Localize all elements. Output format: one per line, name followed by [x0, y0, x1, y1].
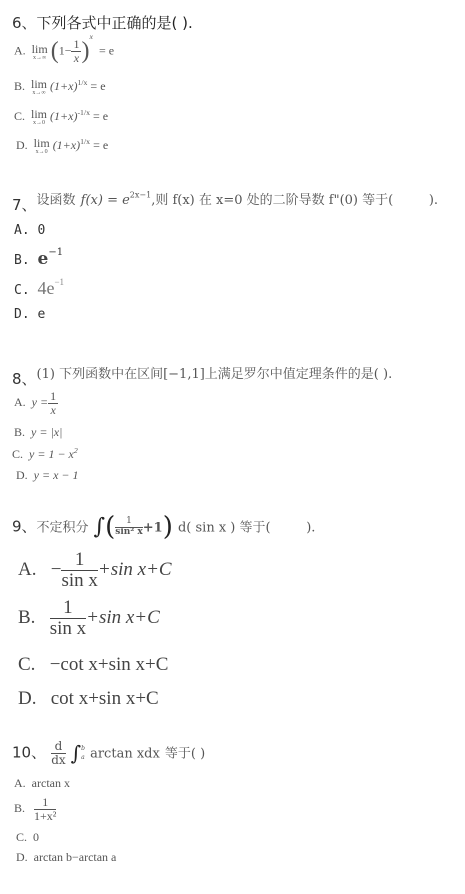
- option-label: A.: [14, 223, 30, 238]
- limit: limx→0: [31, 108, 47, 126]
- stem-end: ).: [306, 521, 315, 536]
- limit: limx→∞: [32, 43, 48, 61]
- question-stem: 下列各式中正确的是( ).: [37, 14, 193, 32]
- q9-option-b: B. 1sin x+sin x+C: [18, 598, 160, 639]
- exponent: 2x−1: [130, 191, 151, 200]
- fraction: 1x: [71, 38, 81, 64]
- option-label: A.: [18, 559, 36, 580]
- limit: limx→∞: [31, 78, 47, 96]
- option-label: A.: [14, 43, 26, 57]
- q8-option-c: C. y = 1 − x2: [12, 446, 78, 462]
- q8-option-a: A. y =1x: [14, 390, 58, 416]
- option-value: e: [37, 307, 45, 322]
- option-label: B.: [14, 425, 25, 439]
- q10-option-b: B. 11+x²: [14, 796, 56, 822]
- q7-option-b: B. e−1: [14, 249, 63, 269]
- option-label: C.: [14, 109, 25, 123]
- q6-option-d: D. limx→0 (1+x)1/x = e: [16, 137, 108, 155]
- option-expr: arctan x: [32, 776, 70, 790]
- limit: limx→0: [34, 137, 50, 155]
- q10-option-a: A. arctan x: [14, 776, 70, 791]
- q6-option-a: A. limx→∞ (1−1x)x = e: [14, 38, 114, 65]
- option-expr: arctan b−arctan a: [34, 850, 117, 864]
- integral-sign: ∫: [71, 741, 81, 765]
- option-label: C.: [16, 830, 27, 844]
- option-expr: cot x+sin x+C: [51, 688, 159, 709]
- derivative-operator: ddx: [51, 740, 65, 766]
- fraction: 11+x²: [34, 796, 56, 822]
- integrand-fraction: 1sin² x: [115, 517, 142, 537]
- option-label: D.: [16, 468, 28, 482]
- option-label: D.: [18, 688, 36, 709]
- option-label: B.: [18, 607, 35, 628]
- q8-option-d: D. y = x − 1: [16, 468, 79, 483]
- question-stem: (1) 下列函数中在区间[−1,1]上满足罗尔中值定理条件的是( ).: [37, 367, 393, 382]
- fraction: 1x: [48, 390, 58, 416]
- q10-option-d: D. arctan b−arctan a: [16, 850, 116, 865]
- option-label: B.: [14, 801, 25, 815]
- question-number: 7、: [12, 196, 37, 214]
- stem-prefix: 不定积分: [37, 521, 89, 536]
- q9-option-d: D. cot x+sin x+C: [18, 688, 159, 710]
- option-label: B.: [14, 253, 30, 268]
- stem-mid: d( sin x ) 等于(: [178, 521, 271, 536]
- option-label: C.: [18, 654, 35, 675]
- question-8: 8、(1) 下列函数中在区间[−1,1]上满足罗尔中值定理条件的是( ).: [12, 362, 392, 383]
- question-10: 10、 ddx ∫ba arctan xdx 等于( ): [12, 740, 205, 766]
- question-number: 6、: [12, 14, 37, 32]
- question-9: 9、不定积分 ∫(1sin² x+1) d( sin x ) 等于( ).: [12, 512, 315, 542]
- question-number: 8、: [12, 370, 37, 388]
- option-label: A.: [14, 776, 26, 790]
- integrand: arctan xdx: [90, 747, 160, 762]
- question-6: 6、下列各式中正确的是( ).: [12, 12, 193, 33]
- option-expr: y = |x|: [31, 425, 62, 439]
- q6-option-b: B. limx→∞ (1+x)1/x = e: [14, 78, 106, 96]
- q9-option-a: A. −1sin x+sin x+C: [18, 550, 172, 591]
- option-value: 4e: [37, 278, 54, 298]
- option-expr: −cot x+sin x+C: [50, 654, 169, 675]
- option-expr: y = x − 1: [34, 468, 79, 482]
- function-expr: f(x) = e: [81, 193, 130, 208]
- exponent: 2: [74, 446, 78, 455]
- stem-end: 等于( ): [165, 747, 205, 762]
- q7-option-a: A. 0: [14, 223, 45, 238]
- option-value: 0: [37, 223, 45, 238]
- fraction: 1sin x: [50, 598, 86, 639]
- option-label: C.: [12, 447, 23, 461]
- q9-option-c: C. −cot x+sin x+C: [18, 654, 168, 676]
- option-label: D.: [16, 850, 28, 864]
- fraction: 1sin x: [61, 550, 97, 591]
- q6-option-c: C. limx→0 (1+x)-1/x = e: [14, 108, 108, 126]
- stem-end: ).: [429, 193, 438, 208]
- question-number: 9、: [12, 518, 37, 536]
- option-label: A.: [14, 395, 26, 409]
- option-label: B.: [14, 79, 25, 93]
- option-expr: y = 1 − x: [29, 447, 74, 461]
- q7-option-c: C. 4e−1: [14, 278, 64, 299]
- question-number: 10、: [12, 744, 46, 762]
- question-7: 7、设函数 f(x) = e2x−1,则 f(x) 在 x=0 处的二阶导数 f…: [12, 188, 438, 209]
- stem-prefix: 设函数: [37, 193, 76, 208]
- option-value: e: [37, 249, 48, 269]
- option-rest: +sin x+C: [98, 559, 172, 580]
- option-rest: +sin x+C: [86, 607, 160, 628]
- option-label: D.: [14, 307, 30, 322]
- q10-option-c: C. 0: [16, 830, 39, 845]
- stem-mid: ,则 f(x) 在 x=0 处的二阶导数 f"(0) 等于(: [151, 193, 393, 208]
- exponent: −1: [54, 277, 64, 287]
- option-label: D.: [16, 138, 28, 152]
- integral-sign: ∫: [94, 515, 105, 540]
- option-label: C.: [14, 283, 30, 298]
- q7-option-d: D. e: [14, 307, 45, 322]
- option-expr: 0: [33, 830, 39, 844]
- exponent: −1: [48, 247, 63, 258]
- q8-option-b: B. y = |x|: [14, 425, 62, 440]
